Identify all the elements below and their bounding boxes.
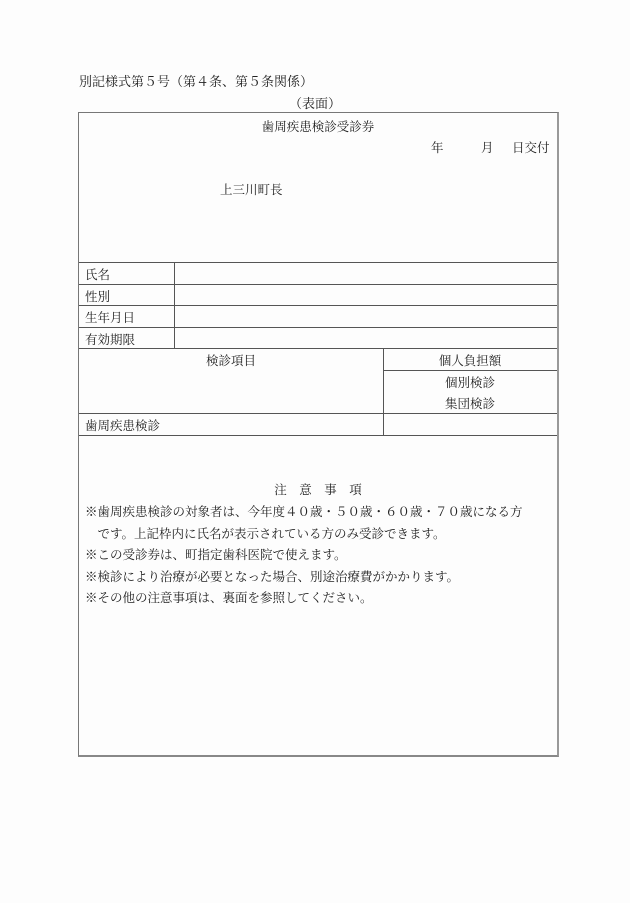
exam-cost-periodontal [387, 414, 547, 434]
note-item: ※歯周疾患検診の対象者は、今年度４０歳・５０歳・６０歳・７０歳になる方 [85, 502, 523, 520]
issue-year-label: 年 [431, 138, 444, 156]
note-item: ※検診により治療が必要となった場合、別途治療費がかかります。 [85, 567, 459, 585]
field-value-expiry [179, 328, 549, 348]
exam-item-header: 検診項目 [79, 351, 383, 369]
issue-month-label: 月 [481, 138, 494, 156]
cost-sub-individual: 個別検診 [383, 373, 557, 391]
side-label: （表面） [289, 93, 341, 112]
ticket-title: 歯周疾患検診受診券 [79, 117, 557, 135]
note-item: ※この受診券は、町指定歯科医院で使えます。 [85, 545, 347, 563]
exam-item-periodontal: 歯周疾患検診 [85, 416, 160, 434]
field-label-sex: 性別 [85, 287, 110, 305]
note-item: ※その他の注意事項は、裏面を参照してください。 [85, 588, 373, 606]
field-value-name [179, 263, 549, 283]
issue-day-label: 日交付 [512, 138, 550, 156]
cost-sub-group: 集団検診 [383, 394, 557, 412]
ticket-frame: 歯周疾患検診受診券 年 月 日交付 上三川町長 氏名 性別 生年月日 有効期限 … [78, 112, 559, 757]
field-label-birthdate: 生年月日 [85, 308, 135, 326]
field-value-sex [179, 285, 549, 305]
field-label-name: 氏名 [85, 265, 110, 283]
field-label-expiry: 有効期限 [85, 330, 135, 348]
note-item: です。上記枠内に氏名が表示されている方のみ受診できます。 [85, 524, 446, 542]
personal-cost-header: 個人負担額 [383, 351, 557, 369]
form-reference: 別記様式第５号（第４条、第５条関係） [79, 71, 313, 90]
field-value-birthdate [179, 306, 549, 326]
notes-title: 注 意 事 項 [79, 480, 557, 498]
issuer-name: 上三川町長 [220, 180, 283, 198]
